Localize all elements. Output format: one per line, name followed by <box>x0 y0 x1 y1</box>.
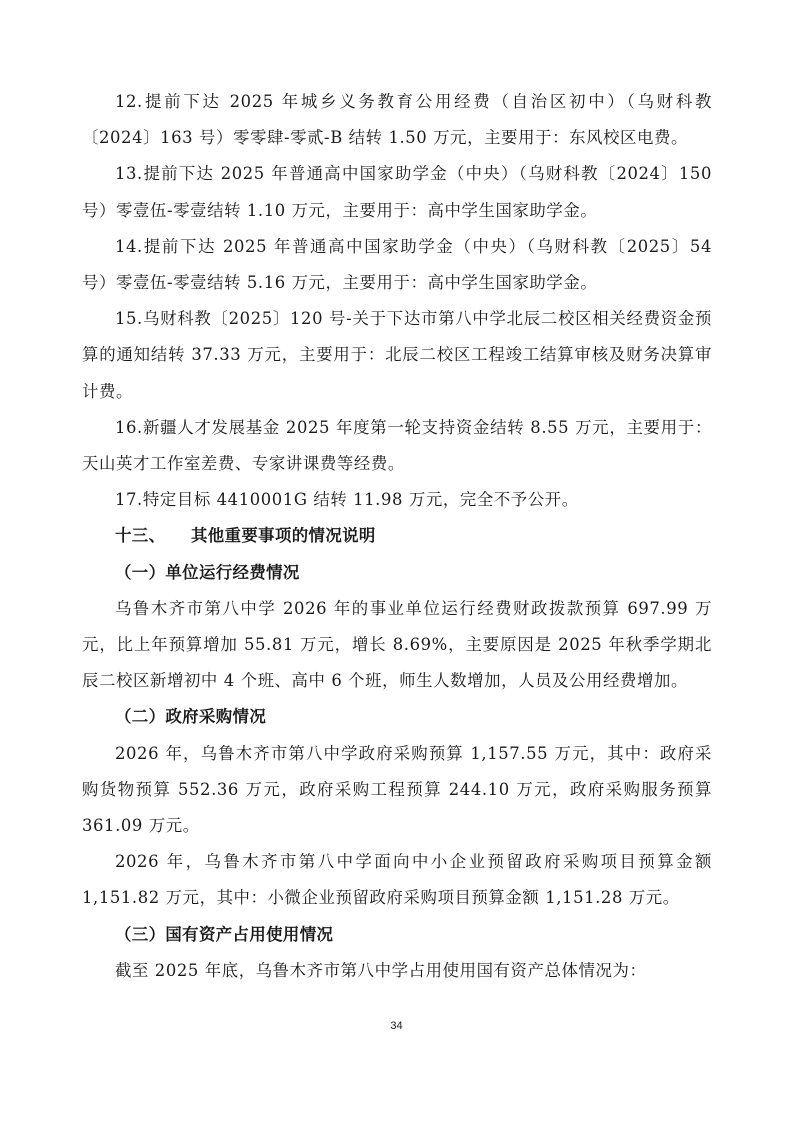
subsection-heading-state-assets: （三）国有资产占用使用情况 <box>82 917 712 953</box>
paragraph-item-12: 12.提前下达 2025 年城乡义务教育公用经费（自治区初中）（乌财科教〔202… <box>82 84 712 156</box>
procurement-paragraph: 2026 年，乌鲁木齐市第八中学政府采购预算 1,157.55 万元，其中：政府… <box>82 736 712 845</box>
sme-procurement-paragraph: 2026 年，乌鲁木齐市第八中学面向中小企业预留政府采购项目预算金额 1,151… <box>82 844 712 916</box>
state-assets-paragraph: 截至 2025 年底，乌鲁木齐市第八中学占用使用国有资产总体情况为： <box>82 953 712 989</box>
operating-costs-paragraph: 乌鲁木齐市第八中学 2026 年的事业单位运行经费财政拨款预算 697.99 万… <box>82 591 712 700</box>
paragraph-item-16: 16.新疆人才发展基金 2025 年度第一轮支持资金结转 8.55 万元，主要用… <box>82 410 712 482</box>
section-number: 十三、 <box>115 518 191 554</box>
page-number: 34 <box>0 1020 793 1032</box>
section-title: 其他重要事项的情况说明 <box>191 526 376 545</box>
subsection-heading-operating-costs: （一）单位运行经费情况 <box>82 555 712 591</box>
paragraph-item-13: 13.提前下达 2025 年普通高中国家助学金（中央）（乌财科教〔2024〕15… <box>82 156 712 228</box>
section-heading: 十三、其他重要事项的情况说明 <box>82 518 712 554</box>
paragraph-item-17: 17.特定目标 4410001G 结转 11.98 万元，完全不予公开。 <box>82 482 712 518</box>
subsection-heading-procurement: （二）政府采购情况 <box>82 699 712 735</box>
paragraph-item-15: 15.乌财科教〔2025〕120 号-关于下达市第八中学北辰二校区相关经费资金预… <box>82 301 712 410</box>
document-page: 12.提前下达 2025 年城乡义务教育公用经费（自治区初中）（乌财科教〔202… <box>82 84 712 989</box>
paragraph-item-14: 14.提前下达 2025 年普通高中国家助学金（中央）（乌财科教〔2025〕54… <box>82 229 712 301</box>
